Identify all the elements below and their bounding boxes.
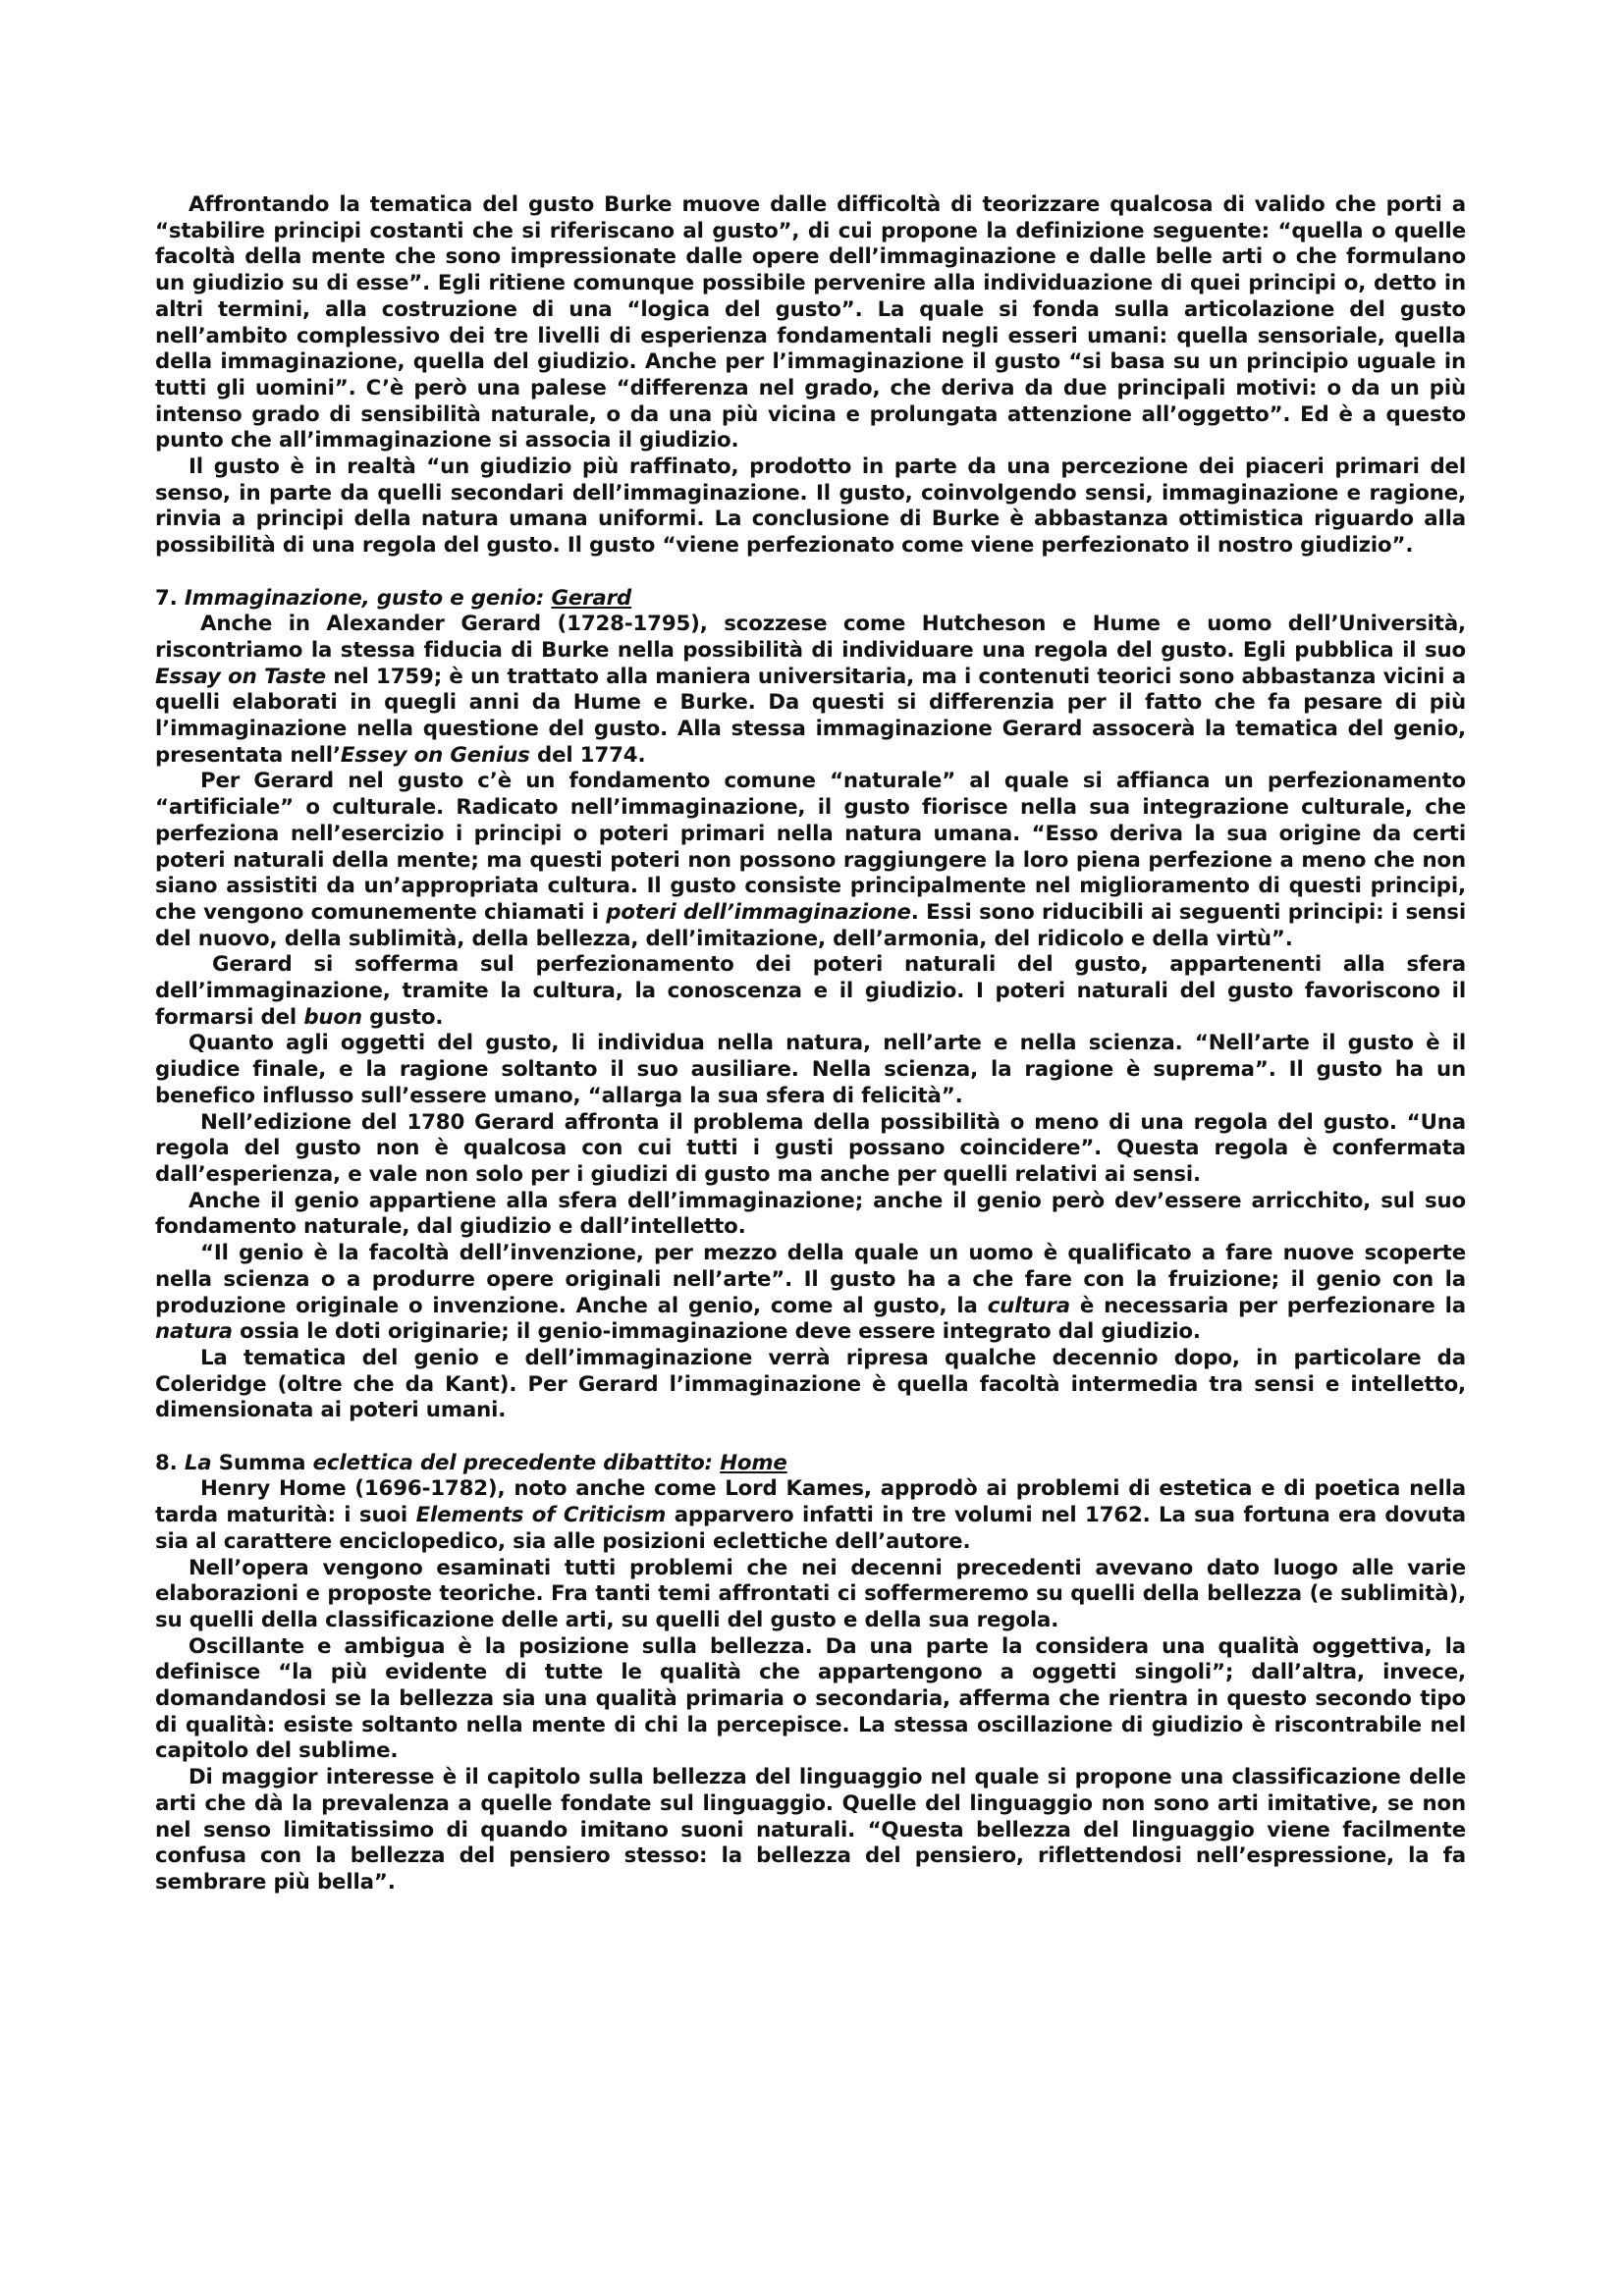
- paragraph-burke-taste: Affrontando la tematica del gusto Burke …: [155, 192, 1466, 454]
- section-title-part: La: [185, 1451, 212, 1475]
- paragraph-gerard-coleridge: La tematica del genio e dell’immaginazio…: [155, 1346, 1466, 1424]
- text-run: del 1774.: [530, 743, 646, 768]
- paragraph-home-intro: Henry Home (1696-1782), noto anche come …: [155, 1476, 1466, 1555]
- paragraph-gerard-intro: Anche in Alexander Gerard (1728-1795), s…: [155, 612, 1466, 769]
- text-run: gusto.: [362, 1005, 443, 1030]
- paragraph-gerard-foundation: Per Gerard nel gusto c’è un fondamento c…: [155, 769, 1466, 952]
- emphasis: poteri dell’immaginazione: [606, 900, 911, 925]
- text-run: ossia le doti originarie; il genio-immag…: [233, 1319, 1201, 1344]
- paragraph-gerard-objects: Quanto agli oggetti del gusto, li indivi…: [155, 1031, 1466, 1109]
- section-heading-home: 8. La Summa eclettica del precedente dib…: [155, 1451, 1466, 1477]
- section-title-part: Summa: [219, 1451, 306, 1475]
- section-title-part: eclettica del precedente dibattito:: [313, 1451, 713, 1475]
- paragraph-burke-conclusion: Il gusto è in realtà “un giudizio più ra…: [155, 454, 1466, 560]
- section-number: 7.: [155, 586, 178, 611]
- section-author-name: Home: [720, 1451, 787, 1475]
- document-page: Affrontando la tematica del gusto Burke …: [155, 192, 1466, 1896]
- section-number: 8.: [155, 1451, 178, 1475]
- paragraph-gerard-invention: “Il genio è la facoltà dell’invenzione, …: [155, 1241, 1466, 1346]
- book-title: Essay on Taste: [155, 665, 326, 689]
- paragraph-gerard-perfection: Gerard si sofferma sul perfezionamento d…: [155, 952, 1466, 1031]
- text-run: è necessaria per perfezionare la: [1070, 1294, 1466, 1318]
- paragraph-gerard-1780: Nell’edizione del 1780 Gerard affronta i…: [155, 1110, 1466, 1189]
- section-title: Immaginazione, gusto e genio:: [185, 586, 544, 611]
- section-heading-gerard: 7. Immaginazione, gusto e genio: Gerard: [155, 586, 1466, 613]
- book-title: Elements of Criticism: [416, 1503, 667, 1527]
- emphasis: buon: [303, 1005, 362, 1030]
- paragraph-gerard-genius: Anche il genio appartiene alla sfera del…: [155, 1189, 1466, 1241]
- emphasis: natura: [155, 1319, 233, 1344]
- paragraph-home-beauty: Oscillante e ambigua è la posizione sull…: [155, 1634, 1466, 1766]
- emphasis: cultura: [988, 1294, 1070, 1318]
- section-author-name: Gerard: [551, 586, 631, 611]
- paragraph-home-language: Di maggior interesse è il capitolo sulla…: [155, 1765, 1466, 1896]
- text-run: Anche in Alexander Gerard (1728-1795), s…: [155, 612, 1466, 663]
- book-title: Essey on Genius: [341, 743, 530, 768]
- paragraph-home-topics: Nell’opera vengono esaminati tutti probl…: [155, 1556, 1466, 1634]
